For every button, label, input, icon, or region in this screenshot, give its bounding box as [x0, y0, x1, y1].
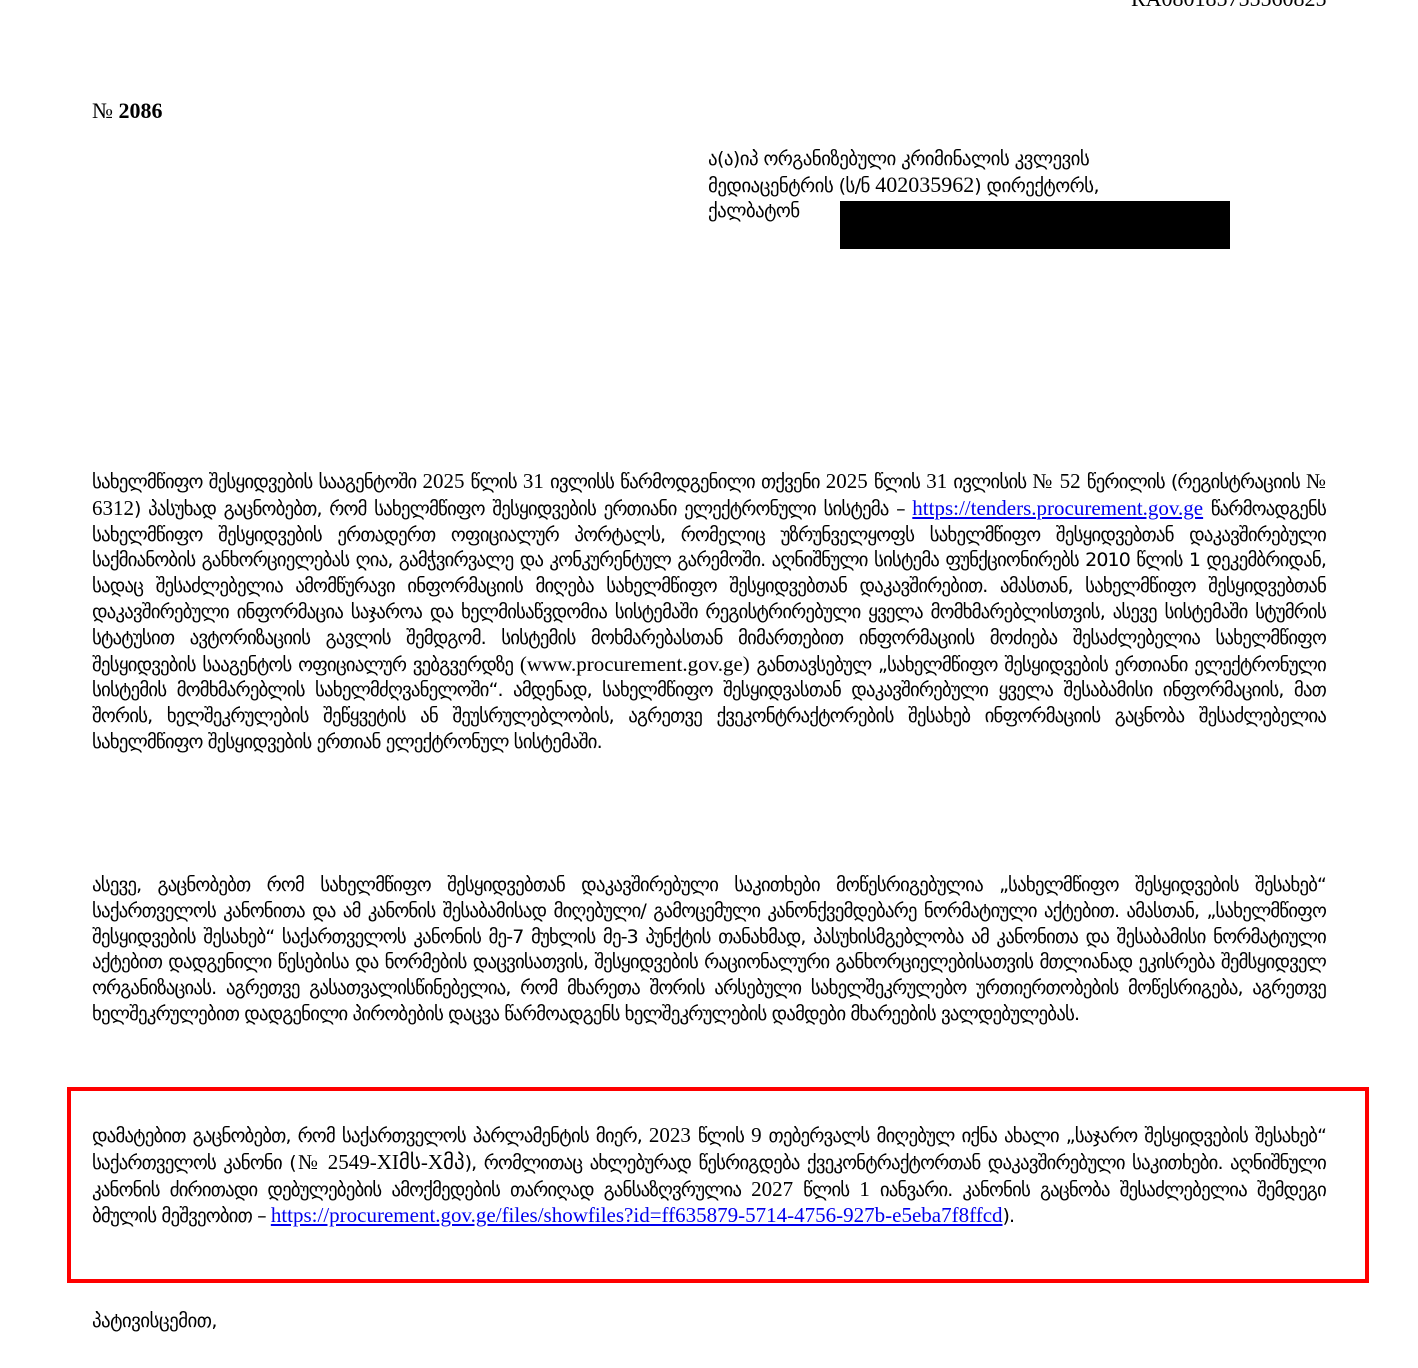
reference-code: RA080185755560825 — [1131, 0, 1327, 12]
text-run: ). — [1003, 1205, 1015, 1227]
addressee-role-suffix: ) დირექტორს, — [974, 175, 1099, 197]
text-run: წლის — [464, 471, 522, 493]
body-paragraph-2: ასევე, გაცნობებთ რომ სახელმწიფო შესყიდვე… — [92, 873, 1326, 1028]
year: 2027 — [751, 1177, 793, 1201]
law-document-link[interactable]: https://procurement.gov.ge/files/showfil… — [271, 1203, 1003, 1227]
year: 2025 — [422, 469, 464, 493]
text-run: ივლისს წარმოდგენილი თქვენი — [544, 471, 826, 493]
text-run: წლის — [868, 471, 926, 493]
addressee-role-prefix: მედიაცენტრის (ს/ნ — [708, 175, 875, 197]
body-paragraph-1: სახელმწიფო შესყიდვების სააგენტოში 2025 წ… — [92, 469, 1326, 756]
addressee-line-role: მედიაცენტრის (ს/ნ 402035962) დირექტორს, — [708, 172, 1248, 199]
day: 31 — [926, 469, 947, 493]
year: 2025 — [826, 469, 868, 493]
text-run: დამატებით გაცნობებთ, რომ საქართველოს პარ… — [92, 1125, 649, 1147]
tenders-portal-link[interactable]: https://tenders.procurement.gov.ge — [912, 496, 1203, 520]
law-number: № 2549-XIმს-Xმპ — [296, 1150, 465, 1174]
body-paragraph-3-highlighted: დამატებით გაცნობებთ, რომ საქართველოს პარ… — [92, 1123, 1326, 1230]
website-reference: (www.procurement.gov.ge) — [520, 652, 750, 676]
text-run: სახელმწიფო შესყიდვების სააგენტოში — [92, 471, 422, 493]
document-number: № 2086 — [92, 98, 163, 124]
letter-number: № 52 — [1032, 469, 1080, 493]
day: 9 — [751, 1123, 762, 1147]
redacted-name — [840, 201, 1230, 249]
day: 31 — [523, 469, 544, 493]
text-run: წლის — [691, 1125, 751, 1147]
day: 1 — [859, 1177, 870, 1201]
text-run: ივლისის — [947, 471, 1032, 493]
text-run: წარმოადგენს სახელმწიფო შესყიდვების ერთად… — [92, 498, 1326, 676]
text-run: ) პასუხად გაცნობებთ, რომ სახელმწიფო შესყ… — [134, 498, 912, 520]
closing-salutation: პატივისცემით, — [92, 1310, 217, 1332]
identification-number: 402035962 — [875, 172, 974, 197]
text-run: წერილის (რეგისტრაციის — [1081, 471, 1306, 493]
number-value: 2086 — [119, 98, 163, 123]
text-run: წლის — [793, 1179, 859, 1201]
addressee-line-organization: ა(ა)იპ ორგანიზებული კრიმინალის კვლევის — [708, 147, 1248, 172]
number-sign: № — [92, 98, 113, 123]
year: 2023 — [649, 1123, 691, 1147]
